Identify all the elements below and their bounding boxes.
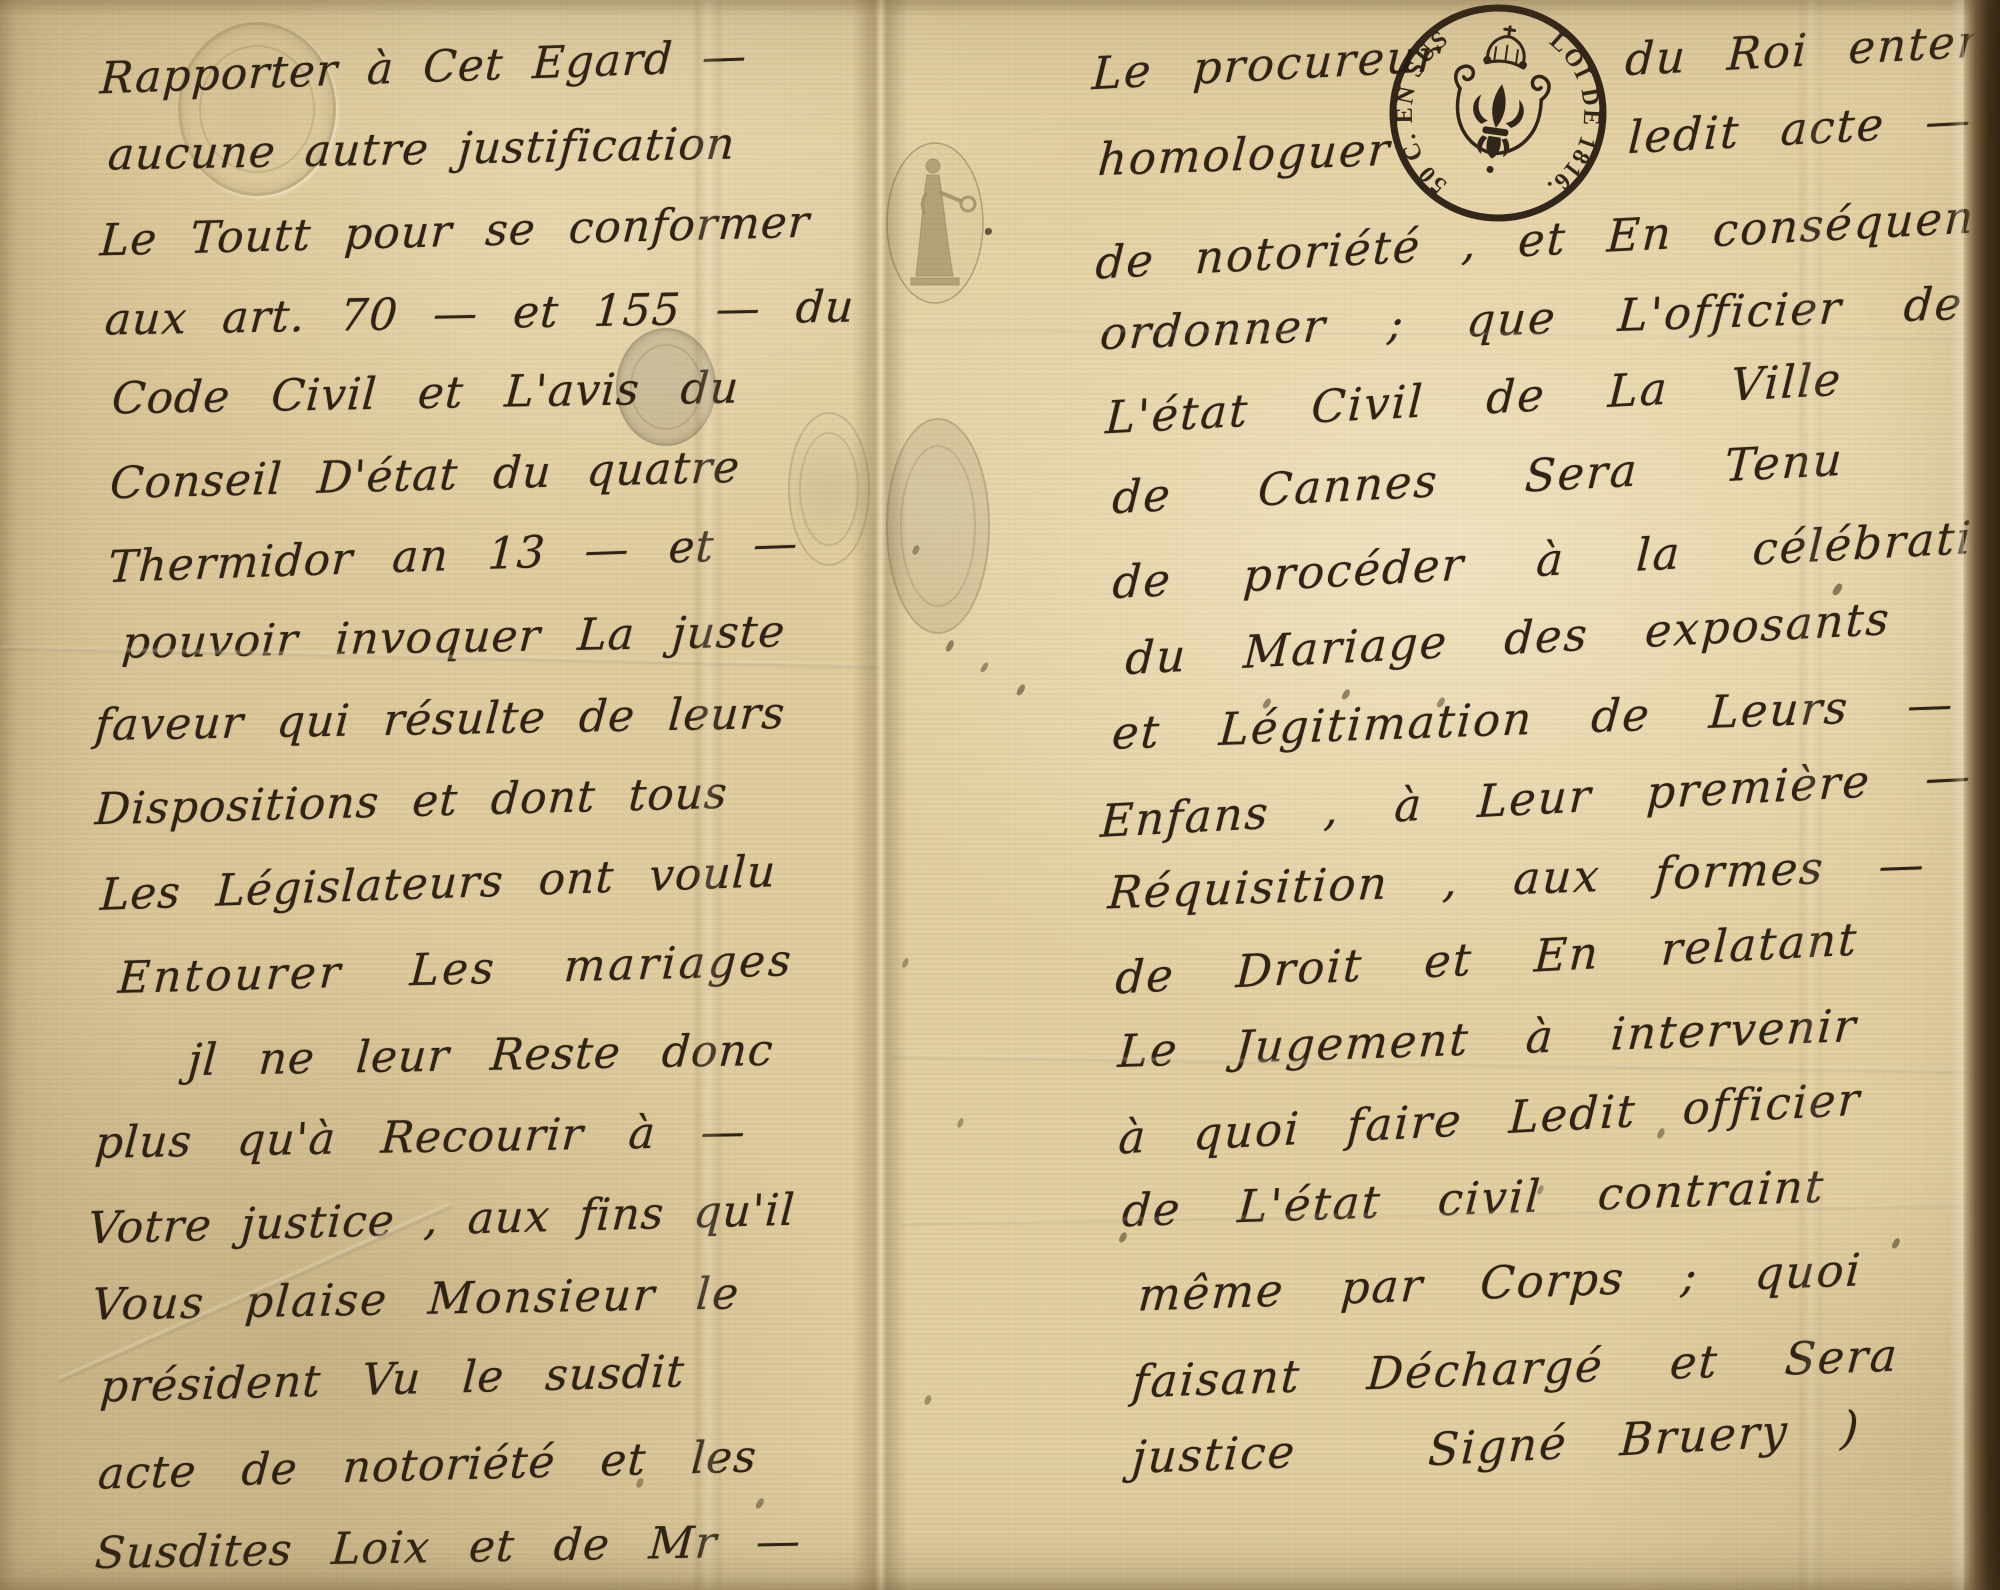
manuscript-line: de Droit et En relatant [1114,912,1859,1004]
manuscript-line: jl ne leur Reste donc [186,1025,775,1086]
manuscript-line: à quoi faire Ledit officier [1117,1072,1862,1164]
embossed-seal-ring [900,445,976,606]
ink-speck [1118,1231,1128,1244]
manuscript-line: du Mariage des exposants [1124,592,1892,685]
manuscript-line: de L'état civil contraint [1120,1160,1826,1238]
crown-icon [1484,24,1530,68]
fleur-de-lis-icon [1464,81,1527,177]
ink-speck [985,228,992,235]
manuscript-line: Le Jugement à intervenir [1116,999,1859,1078]
page-edge [1962,0,2000,1590]
ink-speck [924,1394,933,1405]
manuscript-line: L'état Civil de La Ville [1104,353,1844,445]
ink-speck [980,661,990,673]
manuscript-line: du Roi entendu [1624,11,2000,86]
ink-speck [1891,1237,1901,1250]
manuscript-line: ledit acte — [1627,93,1974,164]
manuscript-line: ordonner ; que L'officier de [1098,277,1965,360]
manuscript-line: justice [1130,1425,1298,1484]
manuscript-line: et Légitimation de Leurs — [1110,677,1956,760]
revenue-stamp: 50 C. EN SUS LOI DE 1816. [1368,0,1628,243]
manuscript-line: même par Corps ; quoi [1136,1243,1864,1321]
manuscript-line: Enfans , à Leur première — [1099,749,1973,848]
manuscript-line: Réquisition , aux formes — [1106,838,1927,920]
ink-speck [945,639,956,652]
ink-speck [956,1117,964,1128]
ink-speck [1016,683,1027,696]
manuscript-scan: Rapporter à Cet Egard — aucune autre jus… [0,0,2000,1590]
stamp-arc-text: LOI DE 1816. [1523,26,1616,207]
ink-speck [901,957,909,968]
allegorical-figure-watermark-icon [883,138,988,308]
embossed-seal [886,418,990,634]
manuscript-line: Signé Bruery ) [1427,1401,1862,1477]
ink-speck [911,544,920,555]
manuscript-line: homologuer [1096,123,1393,186]
manuscript-line: de Cannes Sera Tenu [1111,433,1845,525]
manuscript-line: faisant Déchargé et Sera [1130,1329,1900,1409]
